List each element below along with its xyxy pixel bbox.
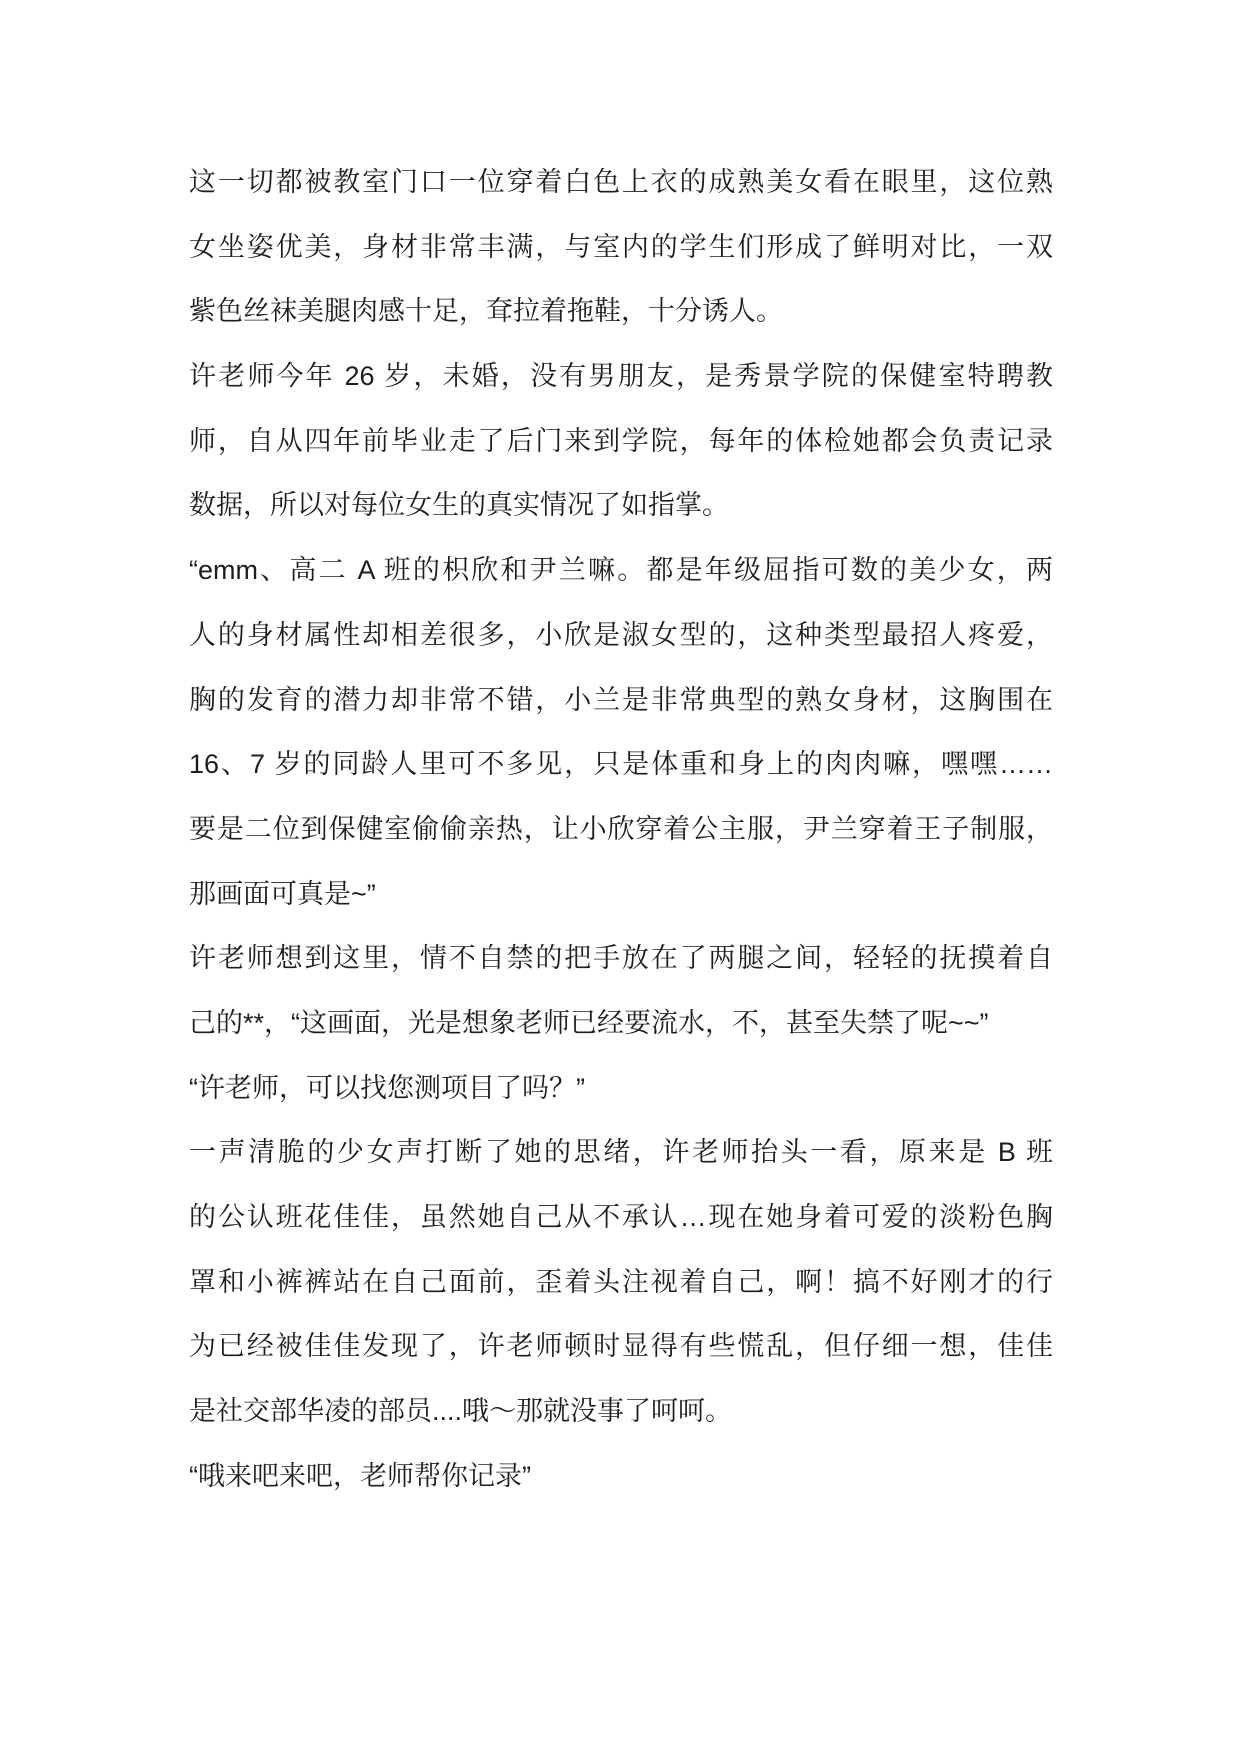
- paragraph: 许老师今年 26 岁，未婚，没有男朋友，是秀景学院的保健室特聘教 师，自从四年前…: [189, 344, 1053, 538]
- paragraph: “许老师，可以找您测项目了吗？”: [189, 1056, 1053, 1121]
- text-line: 这一切都被教室门口一位穿着白色上衣的成熟美女看在眼里，这位熟: [189, 150, 1053, 215]
- text-line: 胸的发育的潜力却非常不错，小兰是非常典型的熟女身材，这胸围在: [189, 668, 1053, 733]
- text-line: 师，自从四年前毕业走了后门来到学院，每年的体检她都会负责记录: [189, 409, 1053, 474]
- text-line: “许老师，可以找您测项目了吗？”: [189, 1056, 1053, 1121]
- text-line: “emm、高二 A 班的枳欣和尹兰嘛。都是年级屈指可数的美少女，两: [189, 538, 1053, 603]
- text-line: 己的**，“这画面，光是想象老师已经要流水，不，甚至失禁了呢~~”: [189, 991, 1053, 1056]
- document-page: 这一切都被教室门口一位穿着白色上衣的成熟美女看在眼里，这位熟 女坐姿优美，身材非…: [0, 0, 1241, 1754]
- text-line: 数据，所以对每位女生的真实情况了如指掌。: [189, 473, 1053, 538]
- text-line: 那画面可真是~”: [189, 862, 1053, 927]
- paragraph: “emm、高二 A 班的枳欣和尹兰嘛。都是年级屈指可数的美少女，两 人的身材属性…: [189, 538, 1053, 926]
- text-line: 紫色丝袜美腿肉感十足，耷拉着拖鞋，十分诱人。: [189, 279, 1053, 344]
- text-line: 16、7 岁的同龄人里可不多见，只是体重和身上的肉肉嘛，嘿嘿……: [189, 732, 1053, 797]
- text-line: 人的身材属性却相差很多，小欣是淑女型的，这种类型最招人疼爱，: [189, 603, 1053, 668]
- text-line: 女坐姿优美，身材非常丰满，与室内的学生们形成了鲜明对比，一双: [189, 215, 1053, 280]
- paragraph: “哦来吧来吧，老师帮你记录”: [189, 1444, 1053, 1509]
- text-line: 要是二位到保健室偷偷亲热，让小欣穿着公主服，尹兰穿着王子制服，: [189, 797, 1053, 862]
- text-line: “哦来吧来吧，老师帮你记录”: [189, 1444, 1053, 1509]
- paragraph: 一声清脆的少女声打断了她的思绪，许老师抬头一看，原来是 B 班 的公认班花佳佳，…: [189, 1120, 1053, 1443]
- text-line: 为已经被佳佳发现了，许老师顿时显得有些慌乱，但仔细一想，佳佳: [189, 1314, 1053, 1379]
- text-line: 一声清脆的少女声打断了她的思绪，许老师抬头一看，原来是 B 班: [189, 1120, 1053, 1185]
- text-line: 许老师今年 26 岁，未婚，没有男朋友，是秀景学院的保健室特聘教: [189, 344, 1053, 409]
- paragraph: 许老师想到这里，情不自禁的把手放在了两腿之间，轻轻的抚摸着自 己的**，“这画面…: [189, 926, 1053, 1055]
- text-line: 的公认班花佳佳，虽然她自己从不承认…现在她身着可爱的淡粉色胸: [189, 1185, 1053, 1250]
- text-line: 许老师想到这里，情不自禁的把手放在了两腿之间，轻轻的抚摸着自: [189, 926, 1053, 991]
- paragraph: 这一切都被教室门口一位穿着白色上衣的成熟美女看在眼里，这位熟 女坐姿优美，身材非…: [189, 150, 1053, 344]
- text-line: 罩和小裤裤站在自己面前，歪着头注视着自己，啊！搞不好刚才的行: [189, 1250, 1053, 1315]
- text-line: 是社交部华凌的部员....哦～那就没事了呵呵。: [189, 1379, 1053, 1444]
